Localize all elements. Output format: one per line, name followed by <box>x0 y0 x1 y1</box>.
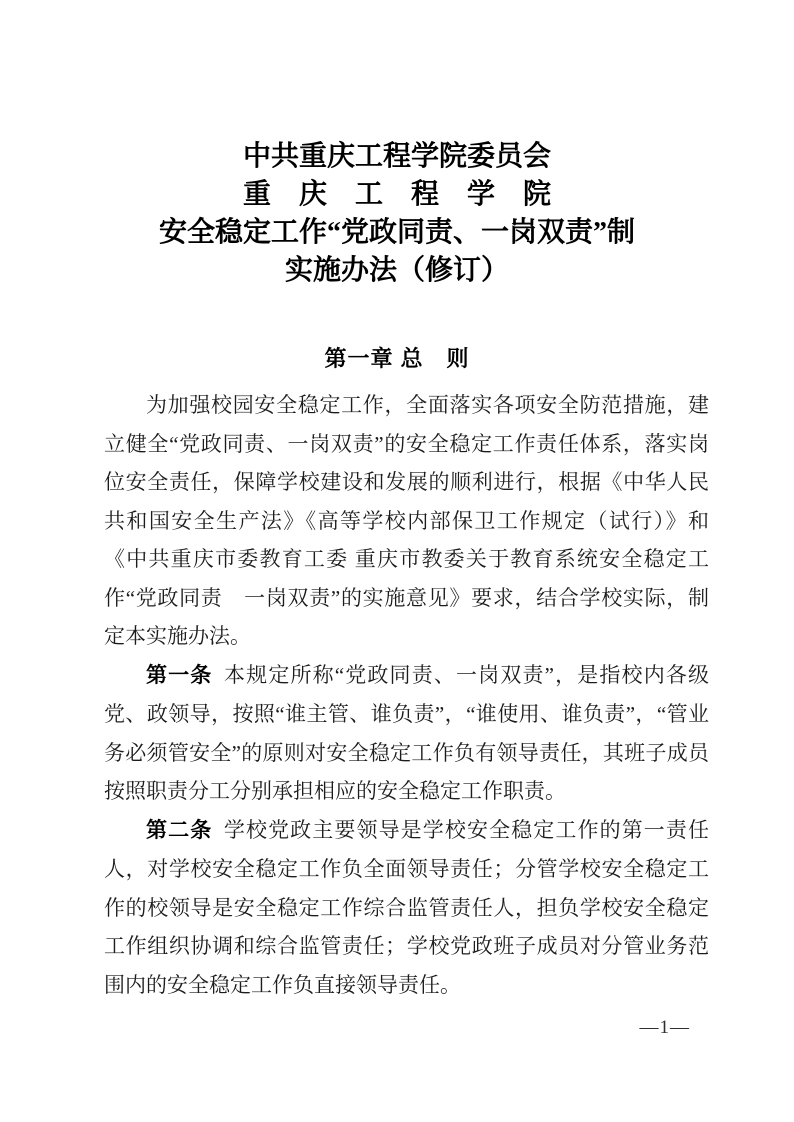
document-page: 中共重庆工程学院委员会 重 庆 工 程 学 院 安全稳定工作“党政同责、一岗双责… <box>0 0 794 1122</box>
document-title: 中共重庆工程学院委员会 重 庆 工 程 学 院 安全稳定工作“党政同责、一岗双责… <box>0 0 794 290</box>
article-1-label: 第一条 <box>146 664 212 687</box>
preamble-paragraph: 为加强校园安全稳定工作，全面落实各项安全防范措施，建立健全“党政同责、一岗双责”… <box>104 386 709 656</box>
title-line-institute: 重 庆 工 程 学 院 <box>0 176 794 214</box>
article-2-text: 学校党政主要领导是学校安全稳定工作的第一责任人，对学校安全稳定工作负全面领导责任… <box>104 818 709 997</box>
chapter-heading: 第一章 总 则 <box>0 344 794 374</box>
article-1-paragraph: 第一条本规定所称“党政同责、一岗双责”，是指校内各级党、政领导，按照“谁主管、谁… <box>104 656 709 811</box>
preamble-paragraph-text: 为加强校园安全稳定工作，全面落实各项安全防范措施，建立健全“党政同责、一岗双责”… <box>104 393 709 648</box>
article-2-paragraph: 第二条学校党政主要领导是学校安全稳定工作的第一责任人，对学校安全稳定工作负全面领… <box>104 811 709 1005</box>
article-2-label: 第二条 <box>146 819 212 842</box>
title-line-measures: 实施办法（修订） <box>0 252 794 290</box>
page-number: —1— <box>640 1016 691 1040</box>
title-line-policy: 安全稳定工作“党政同责、一岗双责”制 <box>0 214 794 252</box>
document-body: 为加强校园安全稳定工作，全面落实各项安全防范措施，建立健全“党政同责、一岗双责”… <box>0 386 794 1004</box>
title-line-committee: 中共重庆工程学院委员会 <box>0 138 794 176</box>
